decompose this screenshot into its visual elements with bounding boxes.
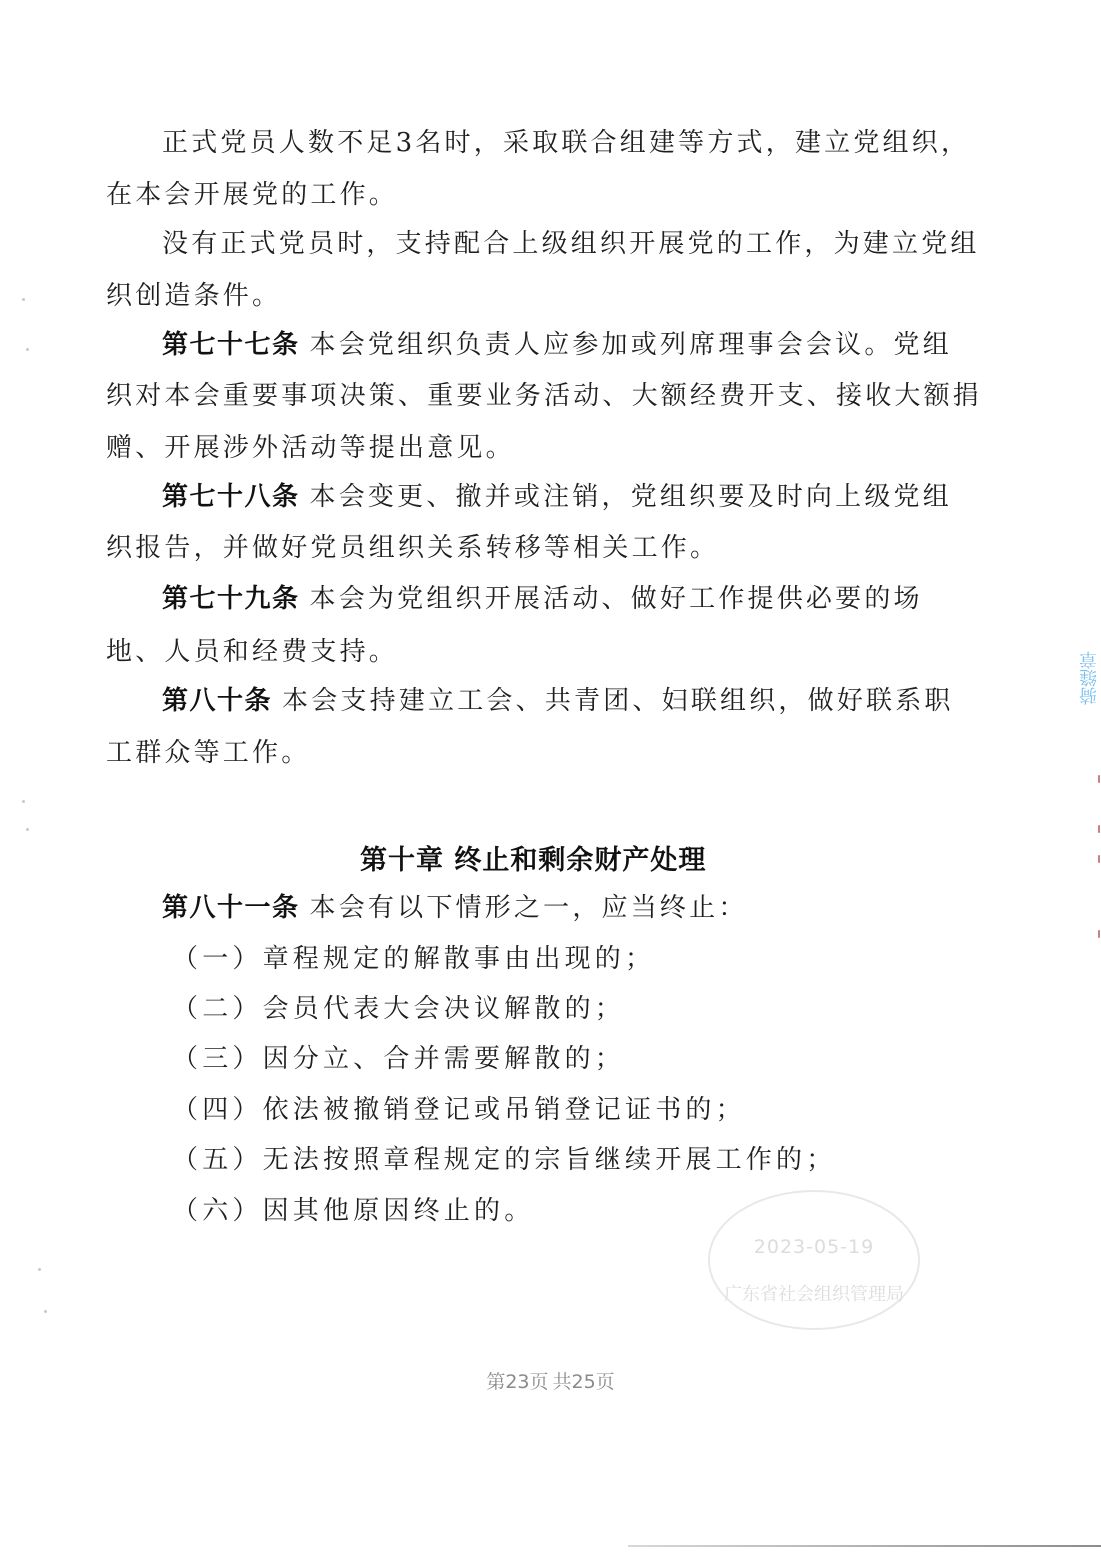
text-span: 本会有以下情形之一，应当终止： (310, 893, 748, 923)
list-item: （三）因分立、合并需要解散的； (172, 1044, 625, 1074)
list-item: （六）因其他原因终止的。 (172, 1196, 534, 1226)
list-item: （五）无法按照章程规定的宗旨继续开展工作的； (172, 1145, 836, 1175)
registration-stamp: 2023-05-19 广东省社会组织管理局 (708, 1190, 920, 1330)
scan-speck (1098, 825, 1100, 833)
text-line: 工群众等工作。 (106, 738, 310, 768)
scan-speck (26, 828, 29, 831)
text-span: 本会党组织负责人应参加或列席理事会会议。党组 (310, 330, 952, 360)
text-span: 本会为党组织开展活动、做好工作提供必要的场 (310, 584, 923, 614)
article-number: 第七十七条 (162, 330, 300, 360)
article-number: 第八十一条 (162, 893, 300, 923)
list-item: （四）依法被撤销登记或吊销登记证书的； (172, 1095, 746, 1125)
article-77-first-line: 第七十七条本会党组织负责人应参加或列席理事会会议。党组 (162, 330, 952, 360)
scan-speck (1098, 775, 1100, 783)
text-line: 在本会开展党的工作。 (106, 180, 398, 210)
text-line: 织报告，并做好党员组织关系转移等相关工作。 (106, 533, 719, 563)
text-line: 地、人员和经费支持。 (106, 637, 398, 667)
article-number: 第七十八条 (162, 482, 300, 512)
article-number: 第七十九条 (162, 584, 300, 614)
scan-speck (26, 348, 29, 351)
scan-speck (44, 1310, 47, 1313)
seam-seal: 骑缝章 (1075, 575, 1101, 705)
chapter-title: 第十章 终止和剩余财产处理 (360, 845, 706, 877)
text-span: 本会支持建立工会、共青团、妇联组织，做好联系职 (282, 686, 954, 716)
text-line: 织创造条件。 (106, 281, 281, 311)
text-line: 织对本会重要事项决策、重要业务活动、大额经费开支、接收大额捐 (106, 381, 982, 411)
article-81-first-line: 第八十一条本会有以下情形之一，应当终止： (162, 893, 748, 923)
scan-speck (22, 800, 25, 803)
page-counter: 第23页共25页 (0, 1367, 1101, 1394)
article-78-first-line: 第七十八条本会变更、撤并或注销，党组织要及时向上级党组 (162, 482, 952, 512)
document-page: 正式党员人数不足3名时，采取联合组建等方式，建立党组织， 在本会开展党的工作。 … (0, 0, 1101, 1557)
stamp-organization: 广东省社会组织管理局 (702, 1280, 926, 1306)
list-item: （二）会员代表大会决议解散的； (172, 994, 625, 1024)
list-item: （一）章程规定的解散事由出现的； (172, 944, 655, 974)
text-line: 没有正式党员时，支持配合上级组织开展党的工作，为建立党组 (162, 229, 980, 259)
stamp-date: 2023-05-19 (710, 1236, 918, 1258)
article-number: 第八十条 (162, 686, 272, 716)
scan-speck (22, 298, 25, 301)
scan-speck (1098, 930, 1100, 938)
scan-speck (38, 1268, 41, 1271)
article-79-first-line: 第七十九条本会为党组织开展活动、做好工作提供必要的场 (162, 584, 923, 614)
article-80-first-line: 第八十条本会支持建立工会、共青团、妇联组织，做好联系职 (162, 686, 954, 716)
total-pages-label: 共25页 (553, 1371, 615, 1393)
current-page-label: 第23页 (486, 1371, 548, 1393)
text-line: 正式党员人数不足3名时，采取联合组建等方式，建立党组织， (162, 128, 970, 158)
scan-speck (1098, 855, 1100, 863)
scan-edge-line (628, 1545, 1101, 1547)
text-span: 本会变更、撤并或注销，党组织要及时向上级党组 (310, 482, 952, 512)
text-line: 赠、开展涉外活动等提出意见。 (106, 433, 515, 463)
